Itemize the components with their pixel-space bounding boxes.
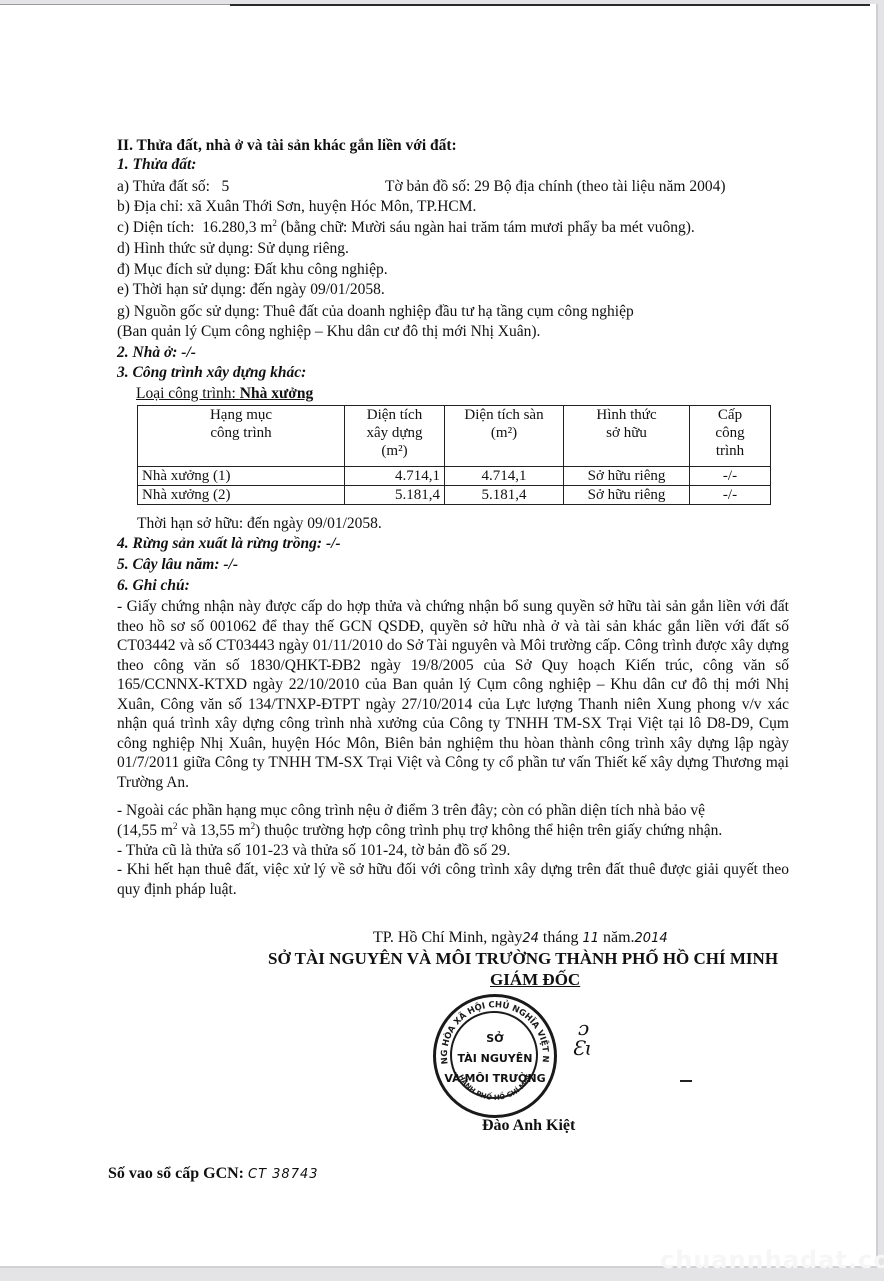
construction-type: Loại công trình: Nhà xưởng [136, 384, 313, 403]
note-paragraph-3: - Thửa cũ là thửa số 101-23 và thửa số 1… [117, 841, 510, 860]
scan-edge [230, 4, 870, 6]
usage-term: e) Thời hạn sử dụng: đến ngày 09/01/2058… [117, 280, 385, 299]
signer-title: GIÁM ĐỐC [490, 970, 580, 990]
signature-mark [680, 1080, 692, 1082]
land-parcel-number: a) Thửa đất số: 5 [117, 177, 229, 196]
col-build-area: Diện tíchxây dựng(m²) [345, 406, 445, 467]
note-paragraph-4: - Khi hết hạn thuê đất, việc xử lý về sở… [117, 860, 789, 899]
table-header-row: Hạng mụccông trình Diện tíchxây dựng(m²)… [138, 406, 771, 467]
registry-number: Số vao sổ cấp GCN: CT 38743 [108, 1164, 319, 1184]
col-grade: Cấpcôngtrình [690, 406, 771, 467]
handwritten-signature: Ɛɩ [572, 1036, 592, 1060]
ownership-term: Thời hạn sở hữu: đến ngày 09/01/2058. [137, 514, 382, 533]
col-ownership: Hình thứcsở hữu [564, 406, 690, 467]
watermark: chuannhadat.com [660, 1246, 884, 1274]
construction-table: Hạng mụccông trình Diện tíchxây dựng(m²)… [137, 405, 771, 505]
map-sheet: Tờ bản đồ số: 29 Bộ địa chính (theo tài … [385, 177, 726, 196]
col-item: Hạng mụccông trình [138, 406, 345, 467]
land-area: c) Diện tích: 16.280,3 m2 (bằng chữ: Mườ… [117, 218, 695, 237]
table-row: Nhà xưởng (2) 5.181,4 5.181,4 Sở hữu riê… [138, 486, 771, 505]
house-heading: 2. Nhà ở: -/- [117, 343, 196, 362]
notes-heading: 6. Ghi chú: [117, 576, 190, 595]
usage-origin: g) Nguồn gốc sử dụng: Thuê đất của doanh… [117, 302, 634, 321]
perennial-heading: 5. Cây lâu năm: -/- [117, 555, 238, 574]
signer-name: Đào Anh Kiệt [482, 1117, 575, 1135]
scan-edge [0, 4, 230, 5]
usage-origin-cont: (Ban quản lý Cụm công nghiệp – Khu dân c… [117, 322, 540, 341]
table-row: Nhà xưởng (1) 4.714,1 4.714,1 Sở hữu riê… [138, 467, 771, 486]
section-title: II. Thửa đất, nhà ở và tài sản khác gắn … [117, 136, 457, 155]
usage-form: d) Hình thức sử dụng: Sử dụng riêng. [117, 239, 349, 258]
issue-date: TP. Hồ Chí Minh, ngày24 tháng 11 năm.201… [373, 929, 668, 947]
note-paragraph-2-cont: (14,55 m2 và 13,55 m2) thuộc trường hợp … [117, 821, 722, 840]
note-paragraph-2: - Ngoài các phần hạng mục công trình nệu… [117, 801, 705, 820]
forest-heading: 4. Rừng sản xuất là rừng trồng: -/- [117, 534, 341, 553]
seal-center-text: SỞ TÀI NGUYÊN VÀ MÔI TRƯỜNG [436, 1029, 554, 1089]
construction-heading: 3. Công trình xây dựng khác: [117, 363, 306, 382]
note-paragraph-1: - Giấy chứng nhận này được cấp do hợp th… [117, 597, 789, 792]
col-floor-area: Diện tích sàn(m²) [445, 406, 564, 467]
issuing-authority: SỞ TÀI NGUYÊN VÀ MÔI TRƯỜNG THÀNH PHỐ HỒ… [268, 949, 778, 969]
land-heading: 1. Thửa đất: [117, 155, 196, 174]
usage-purpose: đ) Mục đích sử dụng: Đất khu công nghiệp… [117, 260, 388, 279]
land-address: b) Địa chỉ: xã Xuân Thới Sơn, huyện Hóc … [117, 197, 476, 216]
certificate-page: II. Thửa đất, nhà ở và tài sản khác gắn … [0, 4, 878, 1268]
official-seal: CỘNG HÒA XÃ HỘI CHỦ NGHĨA VIỆT NAM THÀNH… [433, 994, 557, 1118]
